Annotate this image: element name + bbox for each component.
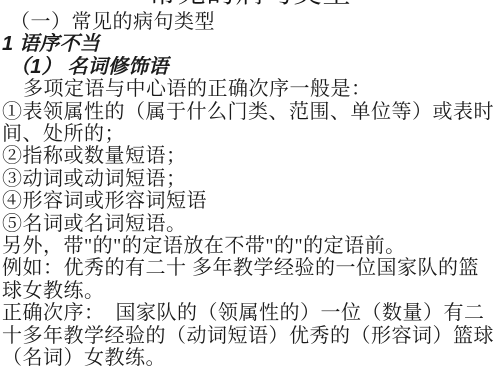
section-label: （一）常见的病句类型 [2,11,500,33]
rule-item-3: ③动词或动词短语； [2,168,500,190]
rule-item-1: ①表领属性的（属于什么门类、范围、单位等）或表时 [2,101,500,123]
correct-order-line-3-clipped: （名词）女教练。 [2,347,500,369]
subheading-noun-modifier: （1） 名词修饰语 [2,56,500,78]
rule-item-5: ⑤名词或名词短语。 [2,213,500,235]
page-title-clipped: 常见的病句类型 [0,0,500,8]
document-page: 常见的病句类型 （一）常见的病句类型 1 语序不当 （1） 名词修饰语 多项定语… [0,0,500,375]
intro-line: 多项定语与中心语的正确次序一般是： [2,78,500,100]
note-line: 另外，带"的"的定语放在不带"的"的定语前。 [2,235,500,257]
example-line-1: 例如：优秀的有二十 多年教学经验的一位国家队的篮 [2,257,500,279]
rule-item-1-cont: 间、处所的； [2,123,500,145]
rule-item-2: ②指称或数量短语； [2,145,500,167]
rule-item-4: ④形容词或形容词短语 [2,190,500,212]
document-body: （一）常见的病句类型 1 语序不当 （1） 名词修饰语 多项定语与中心语的正确次… [2,11,500,370]
example-line-2: 球女教练。 [2,280,500,302]
correct-order-line-1: 正确次序： 国家队的（领属性的）一位（数量）有二 [2,302,500,324]
correct-order-line-2: 十多年教学经验的（动词短语）优秀的（形容词）篮球 [2,325,500,347]
heading-word-order-error: 1 语序不当 [2,33,500,55]
